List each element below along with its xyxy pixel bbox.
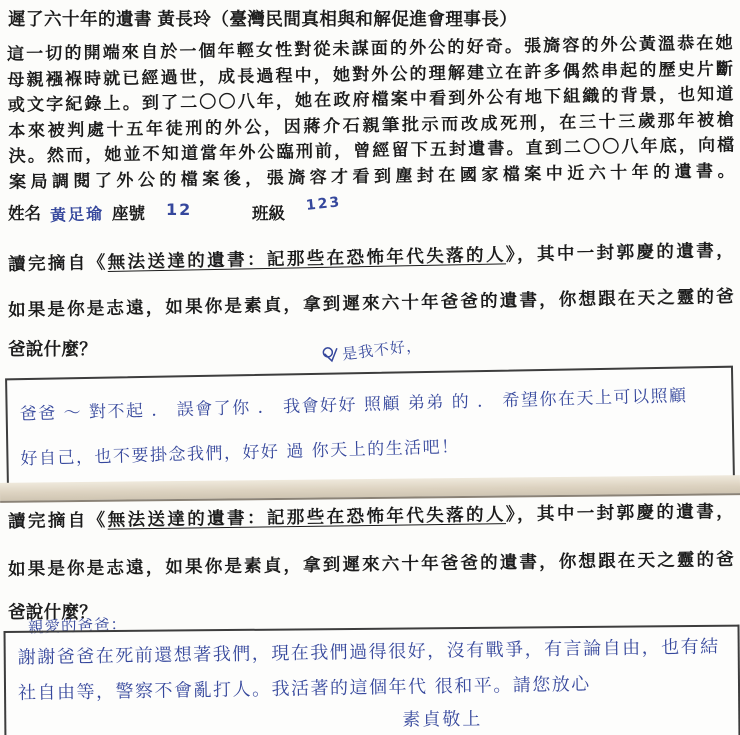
handwritten-signature: 素貞敬上 <box>402 705 482 732</box>
insertion-caret-icon <box>321 344 342 368</box>
book-title-underlined: 無法送達的遺書：記那些在恐怖年代失落的人 <box>107 244 506 272</box>
answer-box-1: 爸爸 ～ 對不起 ． 誤會了你 ． 我會好好 照顧 弟弟 的 ． 希望你在天上可… <box>5 366 735 493</box>
question1-line2: 如果是你是志遠，如果你是素貞，拿到遲來六十年爸爸的遺書，你想跟在天之靈的爸 <box>8 283 734 322</box>
student-info-row: 姓名 黃足瑜 座號 12 班級 123 <box>8 200 734 230</box>
answer-box-2: 謝謝爸爸在死前還想著我們，現在我們過得很好，沒有戰爭，有言論自由，也有結 社自由… <box>4 625 740 735</box>
question1-line1: 讀完摘自《無法送達的遺書：記那些在恐怖年代失落的人》，其中一封郭慶的遺書， <box>8 237 734 276</box>
handwritten-answer2-line2: 社自由等，警察不會亂打人。我活著的這個年代 很和平。請您放心 <box>18 670 591 705</box>
book-title-underlined: 無法送達的遺書：記那些在恐怖年代失落的人 <box>107 504 506 530</box>
question1-prefix: 讀完摘自《 <box>8 252 108 274</box>
question2-line1: 讀完摘自《無法送達的遺書：記那些在恐怖年代失落的人》，其中一封郭慶的遺書， <box>8 498 734 533</box>
name-label: 姓名 <box>8 200 41 224</box>
handwritten-seat-value: 12 <box>166 200 192 219</box>
class-label: 班級 <box>252 200 285 224</box>
question2-suffix: 》，其中一封郭慶的遺書， <box>506 501 734 524</box>
question1-suffix: 》，其中一封郭慶的遺書， <box>506 240 734 264</box>
seat-label: 座號 <box>112 200 145 224</box>
handwritten-class-value: 123 <box>305 194 342 214</box>
handwritten-answer1-line2: 好自己，也不要掛念我們，好好 過 你天上的生活吧！ <box>20 432 460 469</box>
question2-prefix: 讀完摘自《 <box>8 510 108 531</box>
page-title: 遲了六十年的遺書 黃長玲（臺灣民間真相與和解促進會理事長） <box>8 6 734 31</box>
handwritten-answer2-line1: 謝謝爸爸在死前還想著我們，現在我們過得很好，沒有戰爭，有言論自由，也有結 <box>18 632 720 669</box>
scanned-worksheet-page: 遲了六十年的遺書 黃長玲（臺灣民間真相與和解促進會理事長） 這一切的開端來自於一… <box>0 0 740 735</box>
reading-passage: 這一切的開端來自於一個年輕女性對從未謀面的外公的好奇。張旖容的外公黃溫恭在她 母… <box>7 30 735 194</box>
question2-line2: 如果是你是志遠，如果你是素貞，拿到遲來六十年爸爸的遺書，你想跟在天之靈的爸 <box>8 546 734 581</box>
handwritten-name-value: 黃足瑜 <box>50 201 105 226</box>
handwritten-answer1-line1: 爸爸 ～ 對不起 ． 誤會了你 ． 我會好好 照顧 弟弟 的 ． 希望你在天上可… <box>19 381 687 425</box>
